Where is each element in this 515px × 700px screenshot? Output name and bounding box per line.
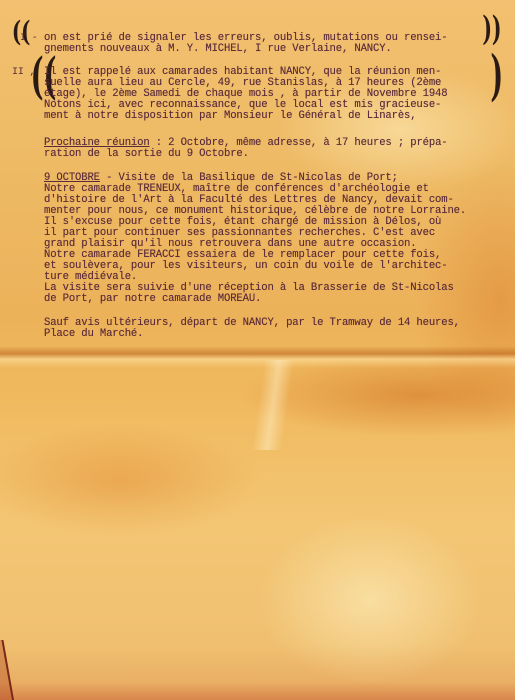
next-meeting-line-2: ration de la sortie du 9 Octobre. <box>44 149 249 160</box>
handwritten-right-bracket-ii: ) <box>490 70 503 81</box>
section-i-numeral: I - <box>20 33 38 44</box>
section-i-line-2: gnements nouveaux à M. Y. MICHEL, I rue … <box>44 44 392 55</box>
typewritten-letter: (( I - on est prié de signaler les erreu… <box>0 0 515 700</box>
section-ii-line-5: ment à notre disposition par Monsieur le… <box>44 111 416 122</box>
departure-line-2: Place du Marché. <box>44 329 143 340</box>
visit-line-12: de Port, par notre camarade MOREAU. <box>44 294 261 305</box>
handwritten-right-bracket-i: )) <box>482 24 501 35</box>
